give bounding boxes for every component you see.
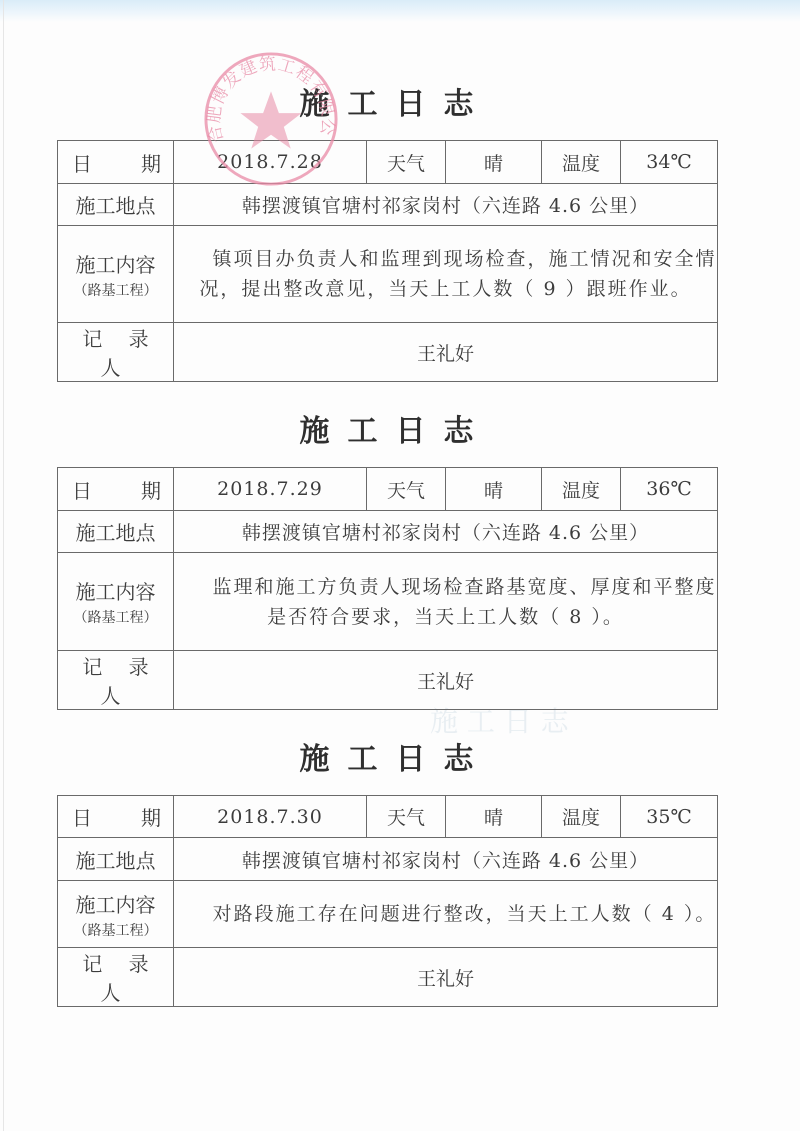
recorder-value: 王礼好 — [174, 323, 718, 382]
location-label: 施工地点 — [58, 838, 174, 881]
temperature-label: 温度 — [542, 141, 621, 184]
weather-label: 天气 — [367, 141, 446, 184]
content-label: 施工内容（路基工程） — [58, 226, 174, 323]
recorder-label: 记 录 人 — [58, 651, 174, 710]
location-value: 韩摆渡镇官塘村祁家岗村（六连路 4.6 公里） — [174, 184, 718, 226]
row-recorder: 记 录 人 王礼好 — [58, 948, 718, 1007]
weather-value: 晴 — [446, 796, 542, 838]
location-label: 施工地点 — [58, 184, 174, 226]
weather-label: 天气 — [367, 796, 446, 838]
row-date: 日期 2018.7.29 天气 晴 温度 36℃ — [58, 468, 718, 511]
temperature-label: 温度 — [542, 796, 621, 838]
content-label: 施工内容（路基工程） — [58, 553, 174, 651]
weather-value: 晴 — [446, 468, 542, 511]
date-value: 2018.7.29 — [174, 468, 367, 511]
row-recorder: 记 录 人 王礼好 — [58, 323, 718, 382]
log-table-1: 日期 2018.7.28 天气 晴 温度 34℃ 施工地点 韩摆渡镇官塘村祁家岗… — [57, 140, 718, 382]
row-content: 施工内容（路基工程） 对路段施工存在问题进行整改，当天上工人数（ 4 ）。 — [58, 881, 718, 948]
location-value: 韩摆渡镇官塘村祁家岗村（六连路 4.6 公里） — [174, 511, 718, 553]
location-label: 施工地点 — [58, 511, 174, 553]
content-value: 监理和施工方负责人现场检查路基宽度、厚度和平整度是否符合要求，当天上工人数（ 8… — [174, 553, 718, 651]
log-title-2: 施工日志 — [57, 414, 716, 450]
location-value: 韩摆渡镇官塘村祁家岗村（六连路 4.6 公里） — [174, 838, 718, 881]
temperature-label: 温度 — [542, 468, 621, 511]
recorder-value: 王礼好 — [174, 948, 718, 1007]
log-title-3: 施工日志 — [57, 742, 716, 778]
content-value: 镇项目办负责人和监理到现场检查，施工情况和安全情况，提出整改意见，当天上工人数（… — [174, 226, 718, 323]
log-title-1: 施工日志 — [57, 87, 716, 123]
temperature-value: 34℃ — [621, 141, 718, 184]
log-table-2: 日期 2018.7.29 天气 晴 温度 36℃ 施工地点 韩摆渡镇官塘村祁家岗… — [57, 467, 718, 710]
weather-label: 天气 — [367, 468, 446, 511]
row-location: 施工地点 韩摆渡镇官塘村祁家岗村（六连路 4.6 公里） — [58, 184, 718, 226]
temperature-value: 35℃ — [621, 796, 718, 838]
row-content: 施工内容（路基工程） 监理和施工方负责人现场检查路基宽度、厚度和平整度是否符合要… — [58, 553, 718, 651]
date-value: 2018.7.30 — [174, 796, 367, 838]
row-content: 施工内容（路基工程） 镇项目办负责人和监理到现场检查，施工情况和安全情况，提出整… — [58, 226, 718, 323]
row-location: 施工地点 韩摆渡镇官塘村祁家岗村（六连路 4.6 公里） — [58, 838, 718, 881]
date-label: 日期 — [58, 141, 174, 184]
recorder-value: 王礼好 — [174, 651, 718, 710]
row-date: 日期 2018.7.28 天气 晴 温度 34℃ — [58, 141, 718, 184]
recorder-label: 记 录 人 — [58, 948, 174, 1007]
scan-left-edge — [3, 0, 4, 1131]
date-label: 日期 — [58, 796, 174, 838]
log-table-3: 日期 2018.7.30 天气 晴 温度 35℃ 施工地点 韩摆渡镇官塘村祁家岗… — [57, 795, 718, 1007]
content-value: 对路段施工存在问题进行整改，当天上工人数（ 4 ）。 — [174, 881, 718, 948]
row-location: 施工地点 韩摆渡镇官塘村祁家岗村（六连路 4.6 公里） — [58, 511, 718, 553]
date-value: 2018.7.28 — [174, 141, 367, 184]
content-label: 施工内容（路基工程） — [58, 881, 174, 948]
weather-value: 晴 — [446, 141, 542, 184]
row-recorder: 记 录 人 王礼好 — [58, 651, 718, 710]
scan-top-edge — [0, 0, 800, 22]
row-date: 日期 2018.7.30 天气 晴 温度 35℃ — [58, 796, 718, 838]
date-label: 日期 — [58, 468, 174, 511]
recorder-label: 记 录 人 — [58, 323, 174, 382]
temperature-value: 36℃ — [621, 468, 718, 511]
